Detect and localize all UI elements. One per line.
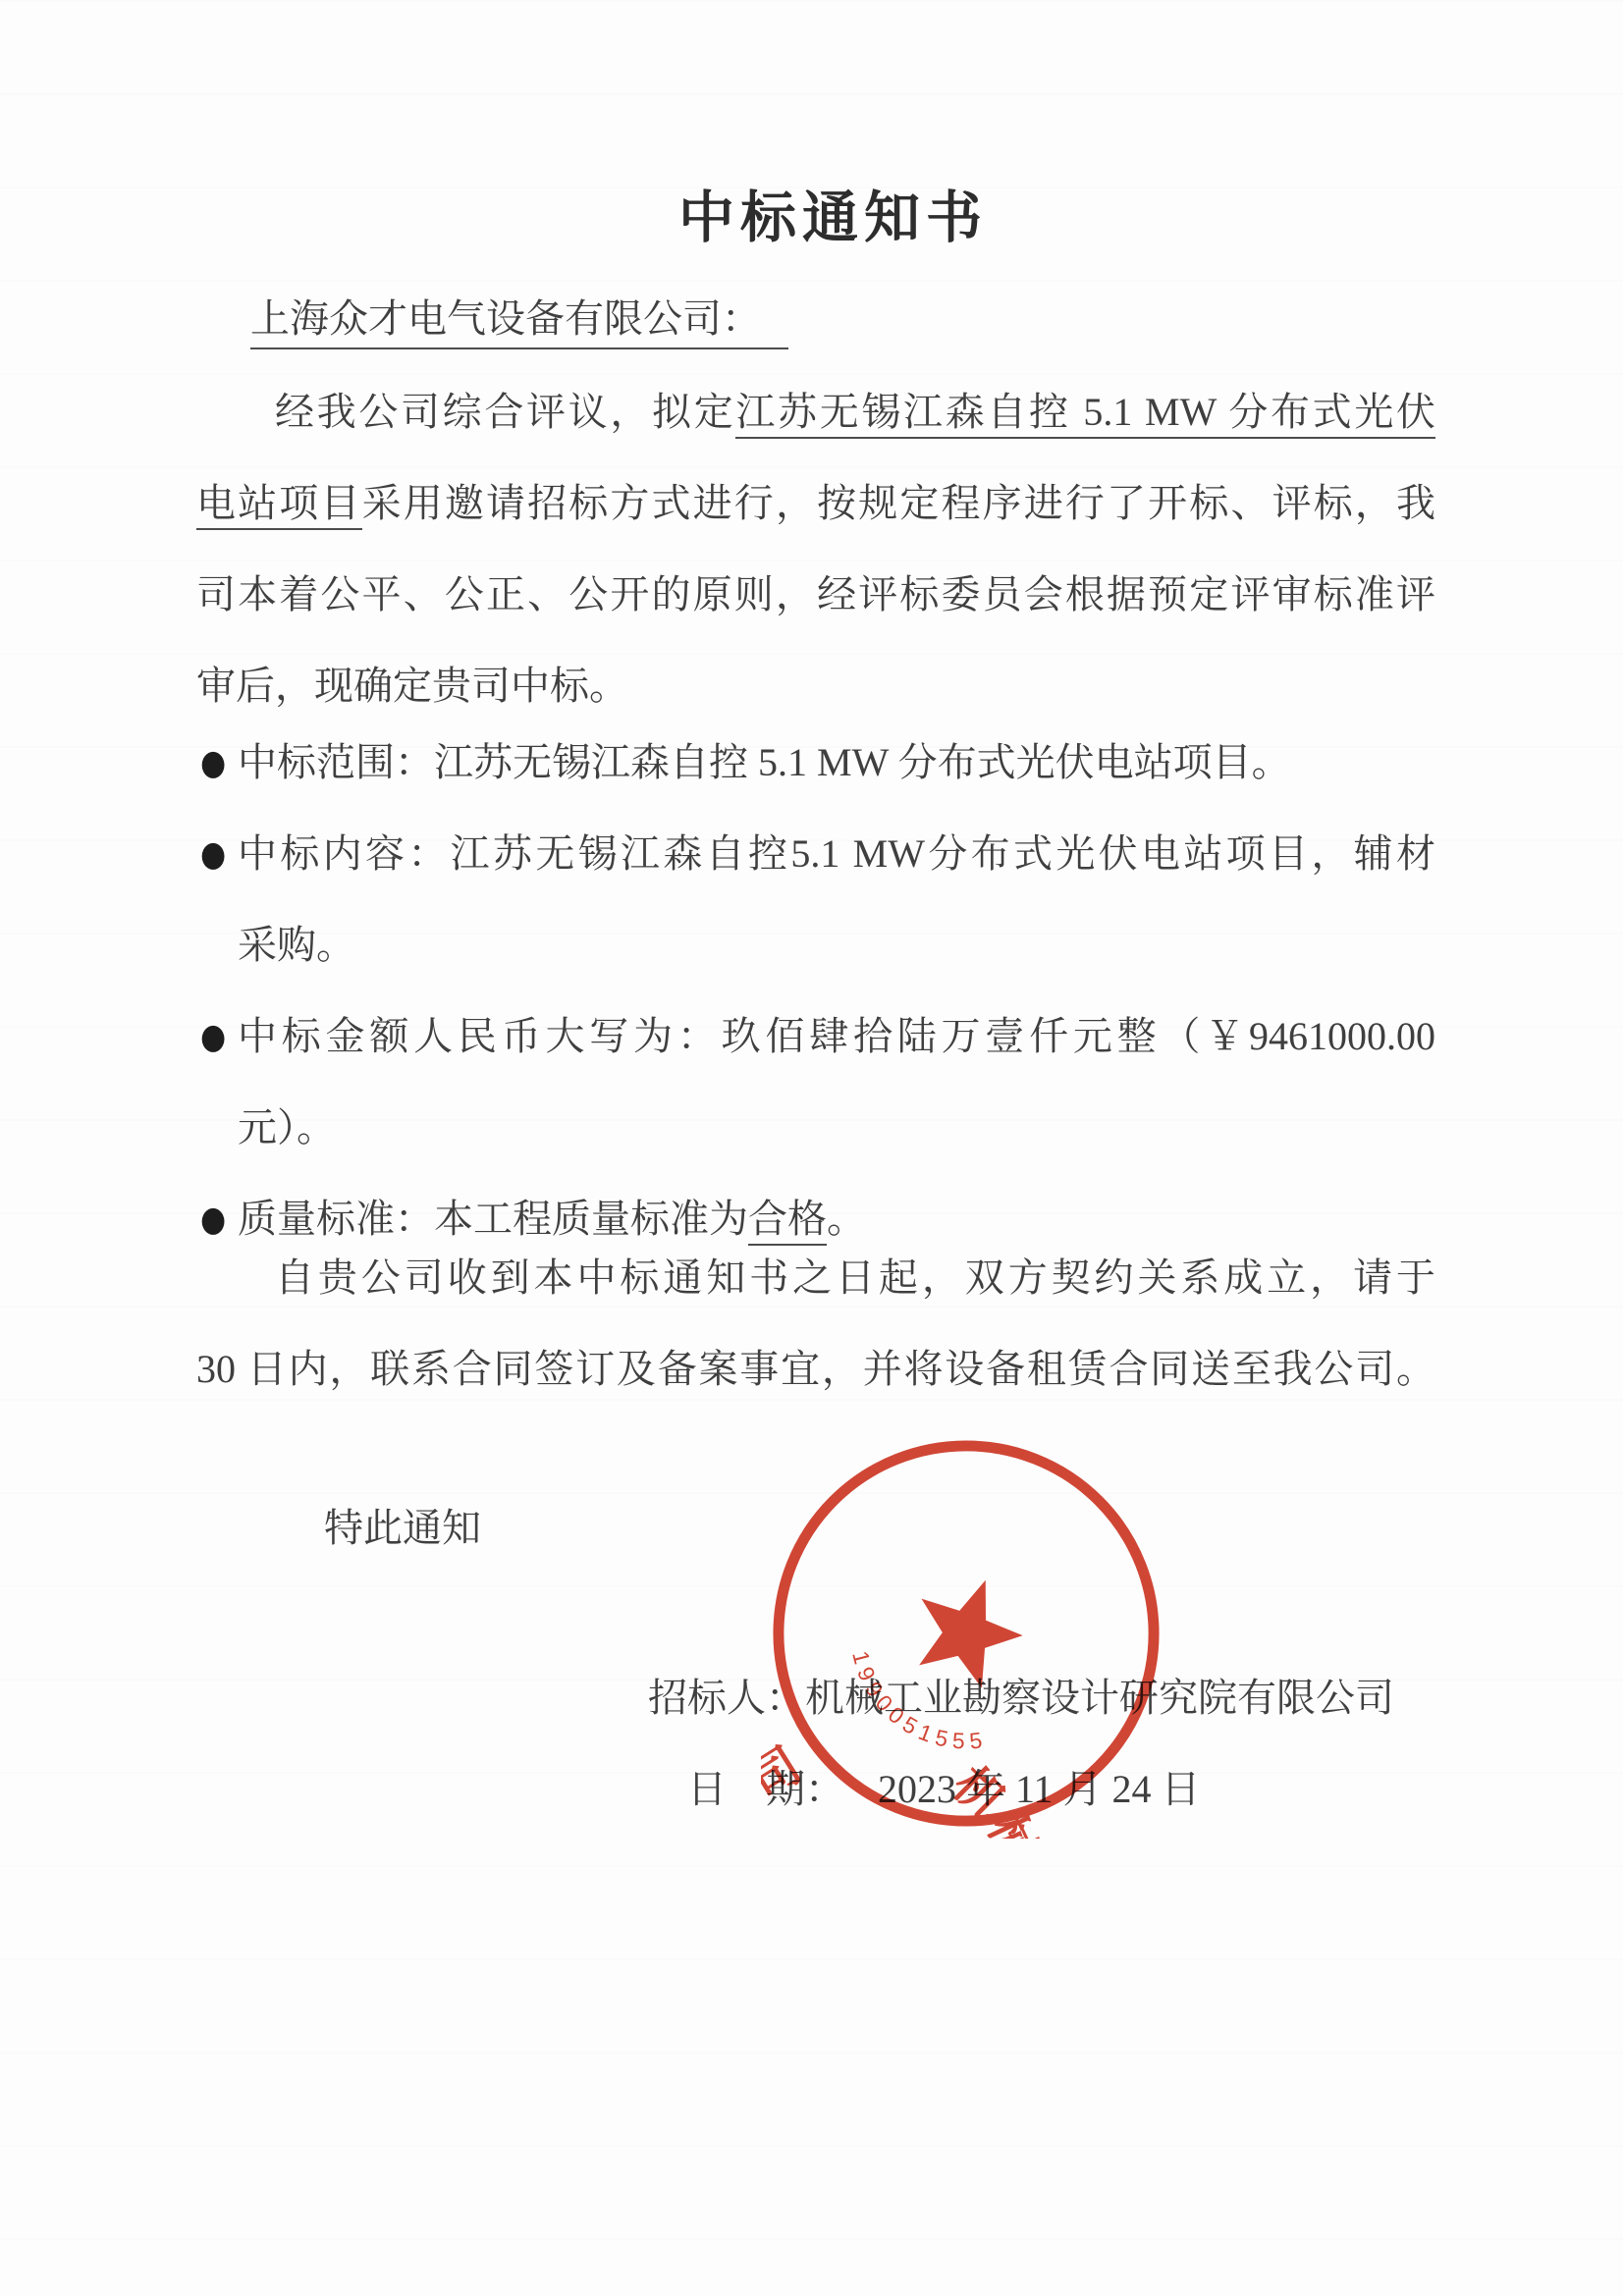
- bullet-continuation: 采购。: [196, 899, 1435, 990]
- recipient-name: 上海众才电气设备有限公司：: [250, 296, 788, 349]
- bullet-item-scope: ● 中标范围：江苏无锡江森自控 5.1 MW 分布式光伏电站项目。: [196, 717, 1435, 808]
- bullet-item-content: ● 中标内容：江苏无锡江森自控5.1 MW分布式光伏电站项目，辅材: [196, 808, 1435, 899]
- paragraph-text: 采用邀请招标方式进行，按规定程序进行了开标、评标，我: [362, 481, 1435, 525]
- paragraph-text: 经我公司综合评议，拟定: [275, 390, 735, 434]
- notice-document-page: 中标通知书 上海众才电气设备有限公司： 经我公司综合评议，拟定江苏无锡江森自控 …: [0, 0, 1623, 2296]
- bullet-icon: ●: [200, 801, 226, 909]
- bullet-text: 中标金额人民币大写为：玖佰肆拾陆万壹仟元整（￥9461000.00: [238, 1014, 1435, 1058]
- seal-star-icon: [899, 1562, 1036, 1695]
- bullet-text: 中标范围：江苏无锡江森自控 5.1 MW 分布式光伏电站项目。: [238, 740, 1291, 784]
- official-seal: 机械工业勘察设计研究院有限公司 1990051555: [761, 1428, 1171, 1839]
- document-title: 中标通知书: [22, 173, 1623, 253]
- bullet-list: ● 中标范围：江苏无锡江森自控 5.1 MW 分布式光伏电站项目。 ● 中标内容…: [196, 717, 1435, 1264]
- closing-paragraph: 自贵公司收到本中标通知书之日起，双方契约关系成立，请于 30 日内，联系合同签订…: [196, 1232, 1435, 1415]
- bullet-item-amount: ● 中标金额人民币大写为：玖佰肆拾陆万壹仟元整（￥9461000.00: [196, 990, 1435, 1082]
- paragraph-line: 30 日内，联系合同签订及备案事宜，并将设备租赁合同送至我公司。: [196, 1323, 1435, 1415]
- paragraph-line: 电站项目采用邀请招标方式进行，按规定程序进行了开标、评标，我: [196, 457, 1435, 549]
- bullet-icon: ●: [200, 984, 226, 1092]
- paragraph-line: 自贵公司收到本中标通知书之日起，双方契约关系成立，请于: [196, 1232, 1435, 1323]
- recipient-line: 上海众才电气设备有限公司：: [196, 273, 1435, 364]
- bullet-continuation: 元）。: [196, 1082, 1435, 1173]
- paragraph-line: 司本着公平、公正、公开的原则，经评标委员会根据预定评审标准评: [196, 549, 1435, 640]
- intro-paragraph: 经我公司综合评议，拟定江苏无锡江森自控 5.1 MW 分布式光伏 电站项目采用邀…: [196, 366, 1435, 731]
- bullet-text: 中标内容：江苏无锡江森自控5.1 MW分布式光伏电站项目，辅材: [238, 831, 1435, 876]
- project-name-underlined: 江苏无锡江森自控 5.1 MW 分布式光伏: [735, 390, 1435, 439]
- recipient-block: 上海众才电气设备有限公司：: [196, 273, 1435, 364]
- project-name-underlined: 电站项目: [196, 481, 362, 530]
- paragraph-line: 经我公司综合评议，拟定江苏无锡江森自控 5.1 MW 分布式光伏: [196, 366, 1435, 457]
